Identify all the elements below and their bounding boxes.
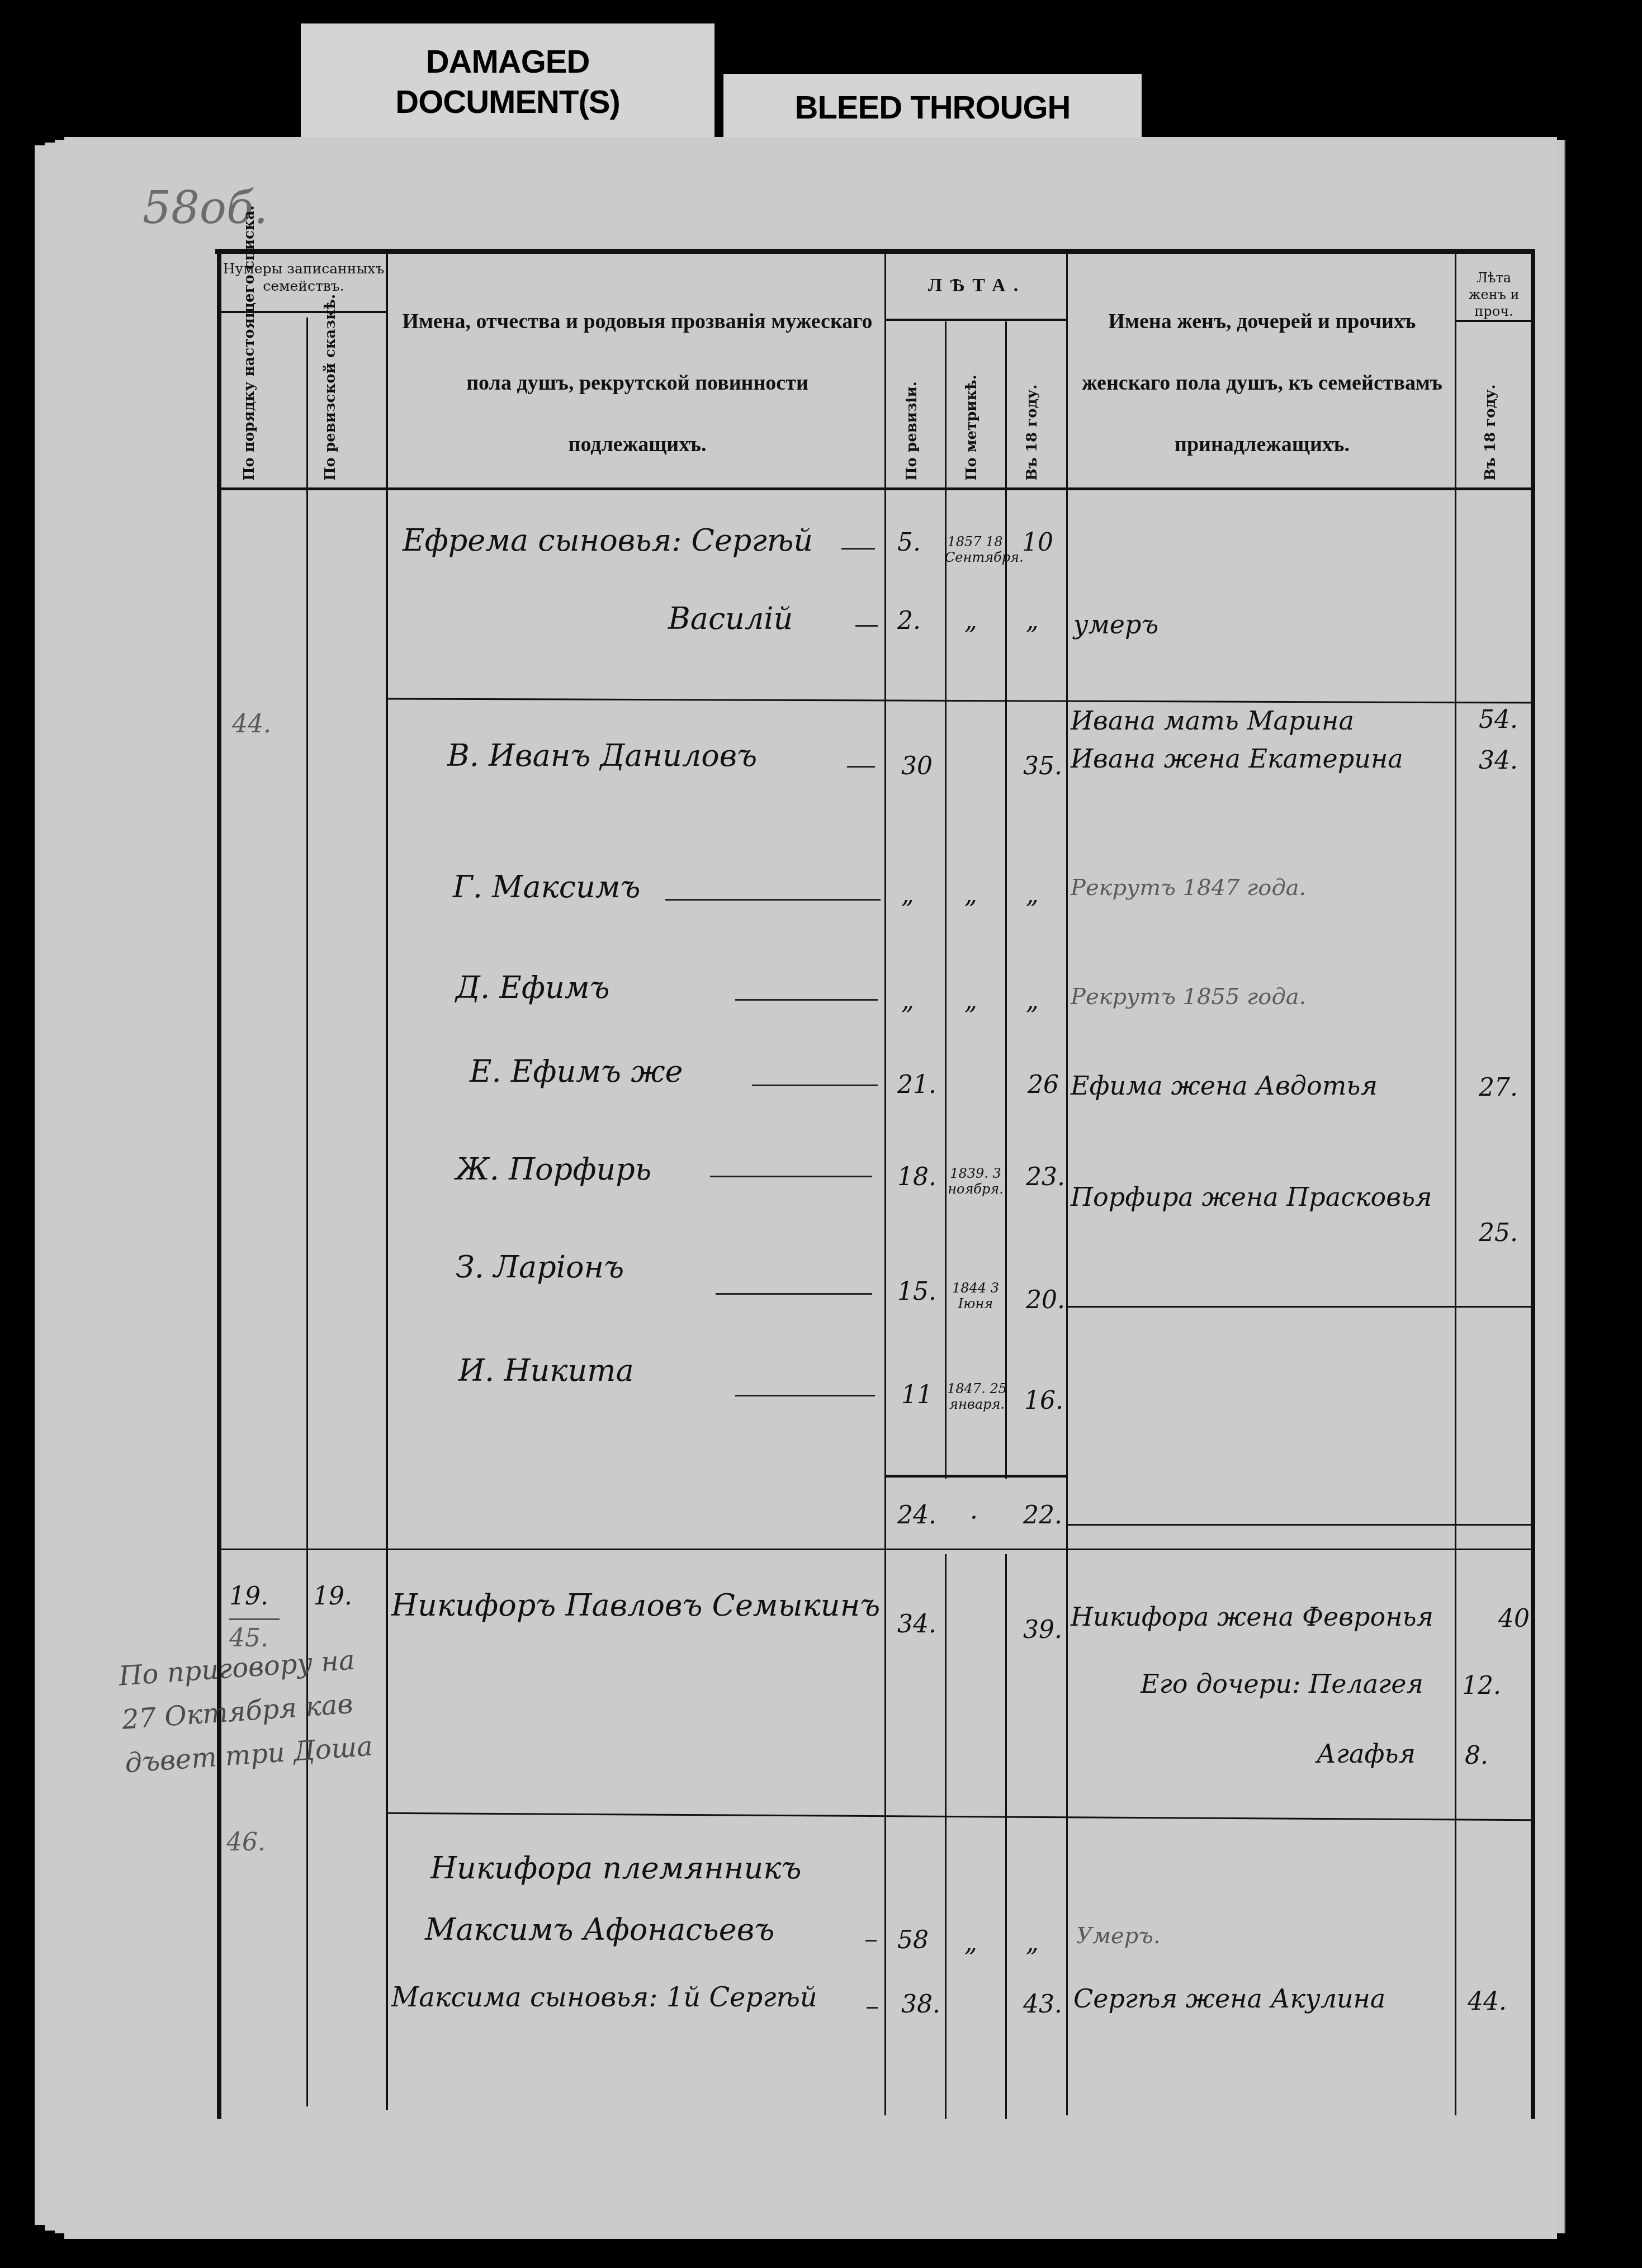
age-by-revision: 18.: [897, 1163, 936, 1191]
header-subrule: [1456, 320, 1531, 322]
bleed-through-label: BLEED THROUGH: [723, 74, 1142, 141]
male-name: И. Никита: [458, 1353, 634, 1388]
female-note: Рекрутъ 1847 года.: [1071, 875, 1306, 901]
dash: [847, 766, 875, 768]
family-separator: [1066, 1524, 1533, 1526]
damaged-label-line-1: DAMAGED: [426, 42, 590, 82]
male-name: Василій: [668, 601, 793, 636]
male-name: Ефрема сыновья: Сергѣй: [403, 523, 813, 558]
header-by-revision: По ревизіи.: [903, 358, 922, 481]
female-name: Ивана жена Екатерина: [1071, 744, 1403, 774]
table-left-border: [217, 249, 221, 2119]
female-age: 40: [1498, 1604, 1530, 1633]
male-name: Д. Ефимъ: [456, 970, 609, 1005]
female-name: Сергѣя жена Акулина: [1073, 1983, 1385, 2014]
age-in-18: „: [1026, 987, 1039, 1015]
male-name: Ж. Порфирь: [456, 1152, 651, 1187]
dash: [865, 1940, 877, 1942]
table-top-border: [215, 249, 1535, 254]
header-female-names: Имена женъ, дочерей и прочихъ женскаго п…: [1076, 291, 1448, 475]
damaged-label-line-2: DOCUMENT(S): [395, 82, 619, 122]
age-by-revision: 2.: [897, 607, 921, 635]
age-in-18: „: [1026, 880, 1039, 909]
header-current-list: По порядку на­стоящего списка.: [240, 335, 285, 481]
age-by-revision: 34.: [897, 1610, 936, 1639]
family-number: 44.: [232, 710, 271, 738]
age-by-revision: 15.: [897, 1277, 936, 1306]
header-female-in-18-year: Въ 18 году.: [1482, 335, 1501, 481]
female-age: 34.: [1479, 746, 1518, 775]
dash: [855, 625, 878, 627]
header-in-18-year: Въ 18 году.: [1023, 335, 1042, 481]
dash: [841, 548, 875, 550]
female-name: умеръ: [1073, 609, 1158, 640]
header-male-names: Имена, отчества и родовыя прозванія муже…: [397, 291, 878, 475]
col-rule: [386, 254, 388, 2110]
age-in-18: 39.: [1023, 1616, 1062, 1644]
female-name: Порфира жена Прасковья: [1071, 1180, 1434, 1214]
header-subrule: [886, 319, 1066, 321]
header-bottom-rule: [217, 487, 1534, 490]
metric-date: 1839. 3 ноября.: [945, 1166, 1006, 1197]
table-right-border: [1531, 249, 1535, 2119]
col-rule: [1005, 1554, 1007, 2119]
female-age: 54.: [1479, 706, 1518, 734]
dash: [735, 999, 878, 1001]
dash: [716, 1293, 872, 1295]
age-by-metric: „: [964, 880, 977, 909]
female-note: Рекрутъ 1855 года.: [1071, 984, 1306, 1010]
header-by-metric: По метрикѣ.: [963, 358, 982, 481]
female-age: 25.: [1479, 1219, 1518, 1247]
age-by-revision: 11: [901, 1381, 933, 1409]
family-number: 46.: [226, 1828, 266, 1857]
header-ages: ЛѢТА.: [889, 274, 1065, 298]
header-revision-tale: По ревизской сказкѣ.: [321, 335, 366, 481]
age-in-18: 23.: [1026, 1163, 1065, 1191]
age-by-metric: „: [964, 1929, 977, 1957]
female-age: 44.: [1468, 1987, 1507, 2016]
family-separator: [1066, 1306, 1533, 1308]
family-number-old: 19.: [229, 1582, 268, 1611]
male-name: Никифора племянникъ: [430, 1850, 801, 1886]
subtotal-by-metric: ·: [970, 1504, 978, 1532]
age-in-18: 16.: [1024, 1386, 1063, 1415]
header-female-ages: Лѣта женъ и проч.: [1458, 269, 1530, 320]
age-by-metric: „: [964, 987, 977, 1015]
revision-number: 19.: [313, 1582, 352, 1611]
age-by-metric: „: [964, 607, 977, 635]
damaged-documents-label: DAMAGED DOCUMENT(S): [301, 23, 714, 141]
female-name: Агафья: [1317, 1739, 1416, 1769]
female-name: Ивана мать Марина: [1071, 706, 1354, 736]
family-separator: [221, 1549, 1532, 1550]
age-in-18: 10: [1022, 528, 1053, 557]
female-age: 8.: [1465, 1741, 1488, 1770]
dash: [710, 1176, 872, 1177]
male-name: Никифоръ Павловъ Семыкинъ: [391, 1588, 880, 1623]
age-by-revision: 21.: [897, 1071, 936, 1099]
female-note: Умеръ.: [1076, 1923, 1161, 1949]
age-in-18: 26: [1028, 1071, 1059, 1099]
age-by-revision: 38.: [901, 1990, 940, 2019]
age-by-revision: „: [901, 987, 914, 1015]
female-age: 27.: [1479, 1073, 1518, 1102]
col-rule: [945, 1554, 947, 2119]
female-name: Никифора жена Февронья: [1071, 1602, 1433, 1632]
col-rule: [1066, 254, 1068, 2115]
male-name: Максима сыновья: 1й Сергѣй: [391, 1982, 817, 2013]
subtotal-by-revision: 24.: [897, 1501, 936, 1530]
male-name: Г. Максимъ: [453, 869, 641, 905]
col-rule: [884, 254, 886, 2115]
female-age: 12.: [1462, 1672, 1501, 1700]
col-rule: [306, 318, 308, 2106]
age-in-18: „: [1026, 607, 1039, 635]
age-in-18: „: [1026, 1929, 1039, 1957]
dash: [735, 1395, 875, 1396]
subtotal-in-18: 22.: [1023, 1501, 1062, 1530]
metric-date: 1857 18 Сентября.: [945, 534, 1005, 565]
marginal-note: По приговору на 27 Октября кав дъвет три…: [117, 1637, 374, 1785]
female-name: Ефима жена Авдотья: [1071, 1071, 1378, 1101]
age-by-revision: 30: [901, 752, 933, 780]
metric-date: 1844 3 Іюня: [945, 1280, 1006, 1311]
correction-line: [229, 1618, 280, 1620]
male-name: Е. Ефимъ же: [470, 1054, 683, 1089]
metric-date: 1847. 25 января.: [945, 1381, 1009, 1412]
age-in-18: 35.: [1023, 752, 1062, 780]
bleed-through-text: BLEED THROUGH: [795, 89, 1071, 126]
male-name: З. Ларіонъ: [456, 1249, 624, 1285]
male-name: Максимъ Афонасьевъ: [425, 1912, 774, 1947]
subtotal-rule: [884, 1475, 1067, 1478]
female-name: Его дочери: Пелагея: [1141, 1669, 1423, 1699]
dash: [752, 1085, 878, 1086]
age-by-revision: 58: [897, 1926, 929, 1954]
male-name: В. Иванъ Даниловъ: [447, 738, 757, 773]
dash: [867, 2007, 878, 2009]
col-rule: [1455, 254, 1456, 2115]
age-in-18: 20.: [1026, 1286, 1065, 1314]
age-in-18: 43.: [1023, 1990, 1062, 2019]
age-by-revision: „: [901, 880, 914, 909]
dash: [665, 899, 881, 901]
age-by-revision: 5.: [897, 528, 921, 557]
